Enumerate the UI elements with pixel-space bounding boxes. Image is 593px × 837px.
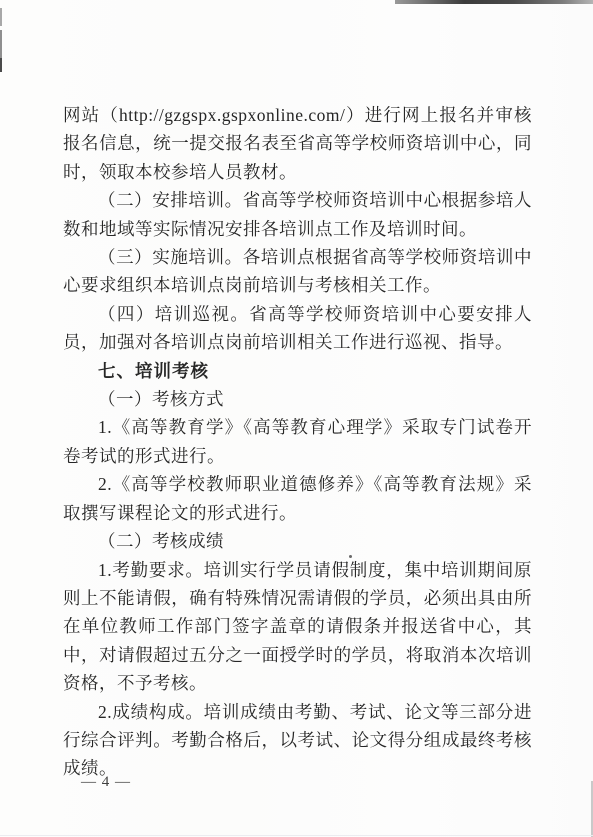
paragraph: （四）培训巡视。省高等学校师资培训中心要安排人员，加强对各培训点岗前培训相关工作… [63,300,532,357]
scan-artifact-left-mark [0,8,2,26]
document-body: 网站（http://gzgspx.gspxonline.com/）进行网上报名并… [63,101,532,783]
paragraph: 1.《高等教育学》《高等教育心理学》采取专门试卷开卷考试的形式进行。 [63,413,532,470]
paragraph: （二）考核成绩 [63,527,532,555]
section-heading: 七、培训考核 [63,357,532,385]
paragraph: （一）考核方式 [63,385,532,413]
document-page: 网站（http://gzgspx.gspxonline.com/）进行网上报名并… [0,0,593,837]
paragraph: 1.考勤要求。培训实行学员请假制度，集中培训期间原则上不能请假，确有特殊情况需请… [63,556,532,698]
paragraph: （三）实施培训。各培训点根据省高等学校师资培训中心要求组织本培训点岗前培训与考核… [63,243,532,300]
paragraph: 2.成绩构成。培训成绩由考勤、考试、论文等三部分进行综合评判。考勤合格后，以考试… [63,698,532,783]
scan-artifact-top-strip [395,0,593,4]
paragraph: 2.《高等学校教师职业道德修养》《高等教育法规》采取撰写课程论文的形式进行。 [63,470,532,527]
scan-artifact-bottom-edge [0,835,593,836]
paragraph: （二）安排培训。省高等学校师资培训中心根据参培人数和地域等实际情况安排各培训点工… [63,186,532,243]
scan-artifact-left-mark [0,58,2,72]
paragraph: 网站（http://gzgspx.gspxonline.com/）进行网上报名并… [63,101,532,186]
page-number: — 4 — [76,774,136,791]
